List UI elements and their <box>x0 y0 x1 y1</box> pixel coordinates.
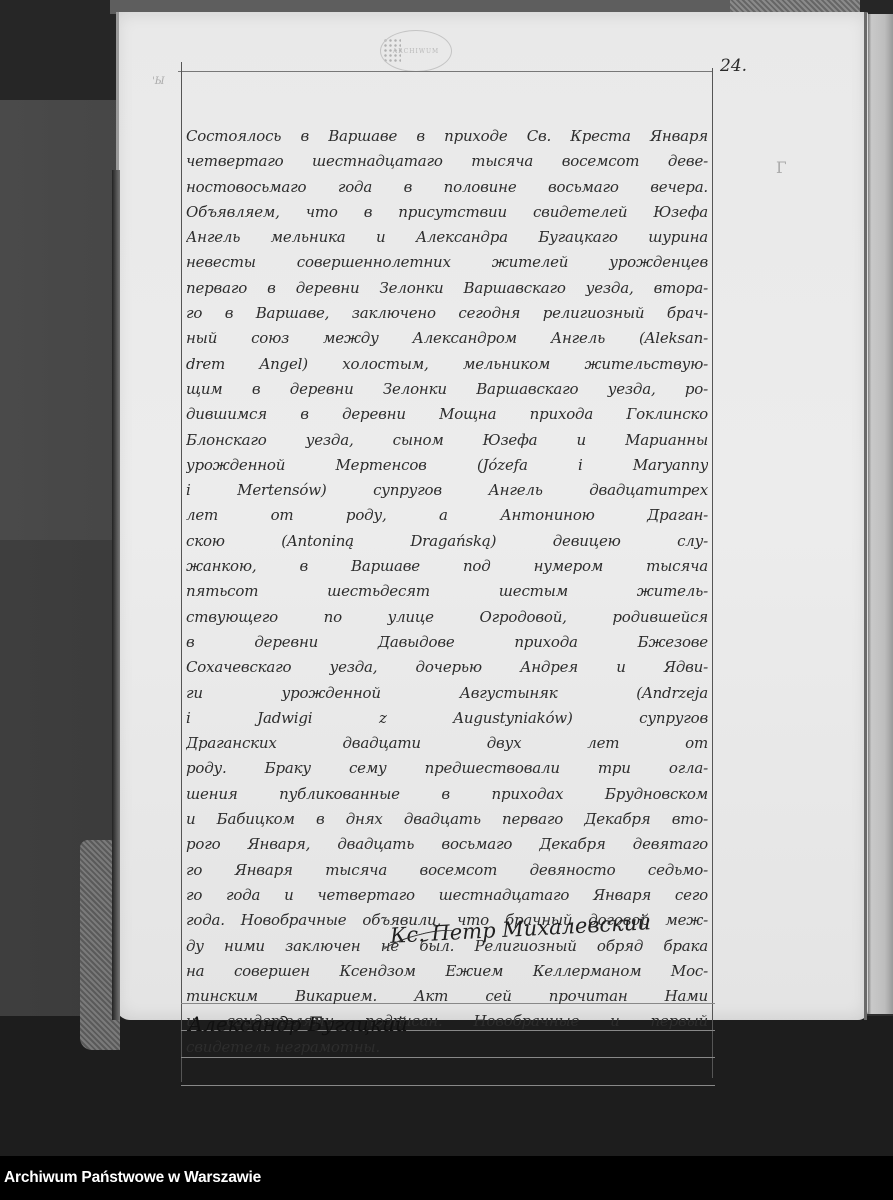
text-line: дившимся в деревни Мощна прихода Гоклинс… <box>186 402 708 427</box>
text-line: ный союз между Александром Ангель (Aleks… <box>186 326 708 351</box>
text-line: Сохачевскаго уезда, дочерью Андрея и Ядв… <box>186 655 708 680</box>
archive-caption-bar: Archiwum Państwowe w Warszawie <box>0 1156 893 1200</box>
text-line: Объявляем, что в присутствии свидетелей … <box>186 200 708 225</box>
text-line: го Января тысяча восемсот девяносто седь… <box>186 858 708 883</box>
ruled-margin-left <box>181 62 182 1082</box>
text-line: жанкою, в Варшаве под нумером тысяча <box>186 554 708 579</box>
text-line: лет от роду, а Антониною Драган- <box>186 503 708 528</box>
text-line: Ангель мельника и Александра Бугацкаго ш… <box>186 225 708 250</box>
text-line: четвертаго шестнадцатаго тысяча восемсот… <box>186 149 708 174</box>
text-line: i Mertensów) супругов Ангель двадцатитре… <box>186 478 708 503</box>
signature-rule-4 <box>181 1085 715 1086</box>
text-line: пятьсот шестьдесят шестым житель- <box>186 579 708 604</box>
text-line: тинским Викарием. Акт сей прочитан Нами <box>186 984 708 1009</box>
page-torn-edge <box>112 170 120 1020</box>
archive-stamp: ARCHIWUM <box>380 30 452 72</box>
text-line: свидетель неграмотны. <box>186 1035 708 1060</box>
pencil-mark: Г <box>776 158 787 177</box>
text-line: Драганских двадцати двух лет от <box>186 731 708 756</box>
margin-mark: 'Ы <box>152 76 165 87</box>
text-line: щим в деревни Зелонки Варшавскаго уезда,… <box>186 377 708 402</box>
text-line: ги урожденной Августыняк (Andrzeja <box>186 681 708 706</box>
book-spine-right <box>866 14 893 1014</box>
page-number: 24. <box>720 56 747 76</box>
text-line: на совершен Ксендзом Ежием Келлерманом М… <box>186 959 708 984</box>
text-line: и Бабицком в днях двадцать перваго Декаб… <box>186 807 708 832</box>
text-line: урожденной Мертенсов (Józefa i Maryanny <box>186 453 708 478</box>
text-line: перваго в деревни Зелонки Варшавскаго уе… <box>186 276 708 301</box>
text-line: ствующего по улице Огродовой, родившейся <box>186 605 708 630</box>
text-line: Состоялось в Варшаве в приходе Св. Крест… <box>186 124 708 149</box>
archive-stamp-text: ARCHIWUM <box>393 48 439 55</box>
ruled-line-top <box>178 71 713 72</box>
text-line: рого Января, двадцать восьмаго Декабря д… <box>186 832 708 857</box>
text-line: i Jadwigi z Augustyniaków) супругов <box>186 706 708 731</box>
signature-witness: Александр Бугацкий <box>188 1012 408 1036</box>
text-line: невесты совершеннолетних жителей урожден… <box>186 250 708 275</box>
text-line: го года и четвертаго шестнадцатаго Январ… <box>186 883 708 908</box>
page-edge-right <box>864 12 867 1020</box>
text-line: ностовосьмаго года в половине восьмаго в… <box>186 175 708 200</box>
text-line: скою (Antoniną Dragańską) девицею слу- <box>186 529 708 554</box>
archive-caption: Archiwum Państwowe w Warszawie <box>4 1169 261 1187</box>
text-line: роду. Браку сему предшествовали три огла… <box>186 756 708 781</box>
text-line: шения публикованные в приходах Брудновск… <box>186 782 708 807</box>
text-line: drem Angel) холостым, мельником жительст… <box>186 352 708 377</box>
text-line: Блонскаго уезда, сыном Юзефа и Марианны <box>186 428 708 453</box>
ruled-margin-right <box>712 68 713 1078</box>
text-line: в деревни Давыдове прихода Бжезове <box>186 630 708 655</box>
text-line: го в Варшаве, заключено сегодня религиоз… <box>186 301 708 326</box>
